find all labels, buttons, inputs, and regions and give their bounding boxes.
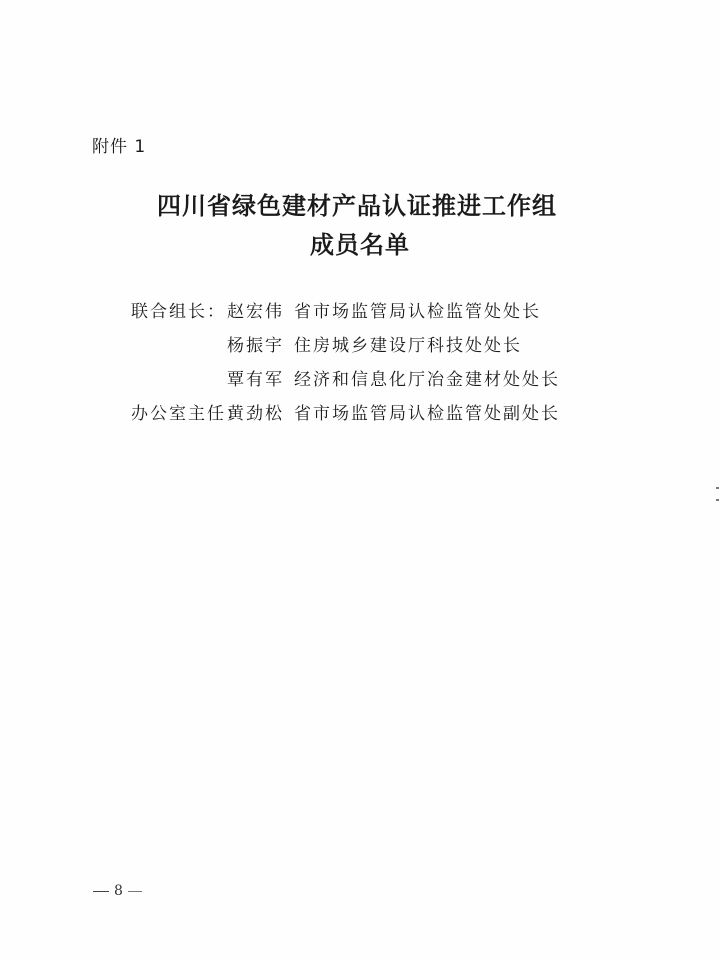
dash-divider: [93, 891, 109, 892]
member-row: 杨振宇住房城乡建设厅科技处处长: [227, 331, 522, 356]
attachment-label: 附件 1: [92, 132, 146, 157]
member-name: 黄劲松: [227, 399, 284, 424]
member-post: 住房城乡建设厅科技处处长: [294, 331, 522, 356]
page-number: 8: [114, 883, 123, 899]
member-row: 联合组长：赵宏伟省市场监管局认检监管处处长: [131, 297, 541, 322]
member-role: 联合组长：: [131, 297, 227, 322]
scan-edge-mark: [716, 487, 719, 489]
member-name: 赵宏伟: [227, 297, 284, 322]
member-row: 覃有军经济和信息化厅冶金建材处处长: [227, 365, 560, 390]
member-post: 经济和信息化厅冶金建材处处长: [294, 365, 560, 390]
document-page: 附件 1 四川省绿色建材产品认证推进工作组 成员名单 联合组长：赵宏伟省市场监管…: [0, 0, 720, 960]
document-title: 四川省绿色建材产品认证推进工作组: [0, 186, 717, 221]
member-role: 办公室主任：: [131, 399, 227, 424]
page-footer: 8: [93, 883, 142, 899]
member-post: 省市场监管局认检监管处处长: [294, 297, 541, 322]
dash-divider: [128, 891, 142, 892]
scan-edge-mark: [716, 499, 719, 501]
member-row: 办公室主任：黄劲松省市场监管局认检监管处副处长: [131, 399, 560, 424]
member-post: 省市场监管局认检监管处副处长: [294, 399, 560, 424]
member-name: 覃有军: [227, 365, 284, 390]
document-subtitle: 成员名单: [0, 225, 720, 260]
member-name: 杨振宇: [227, 331, 284, 356]
